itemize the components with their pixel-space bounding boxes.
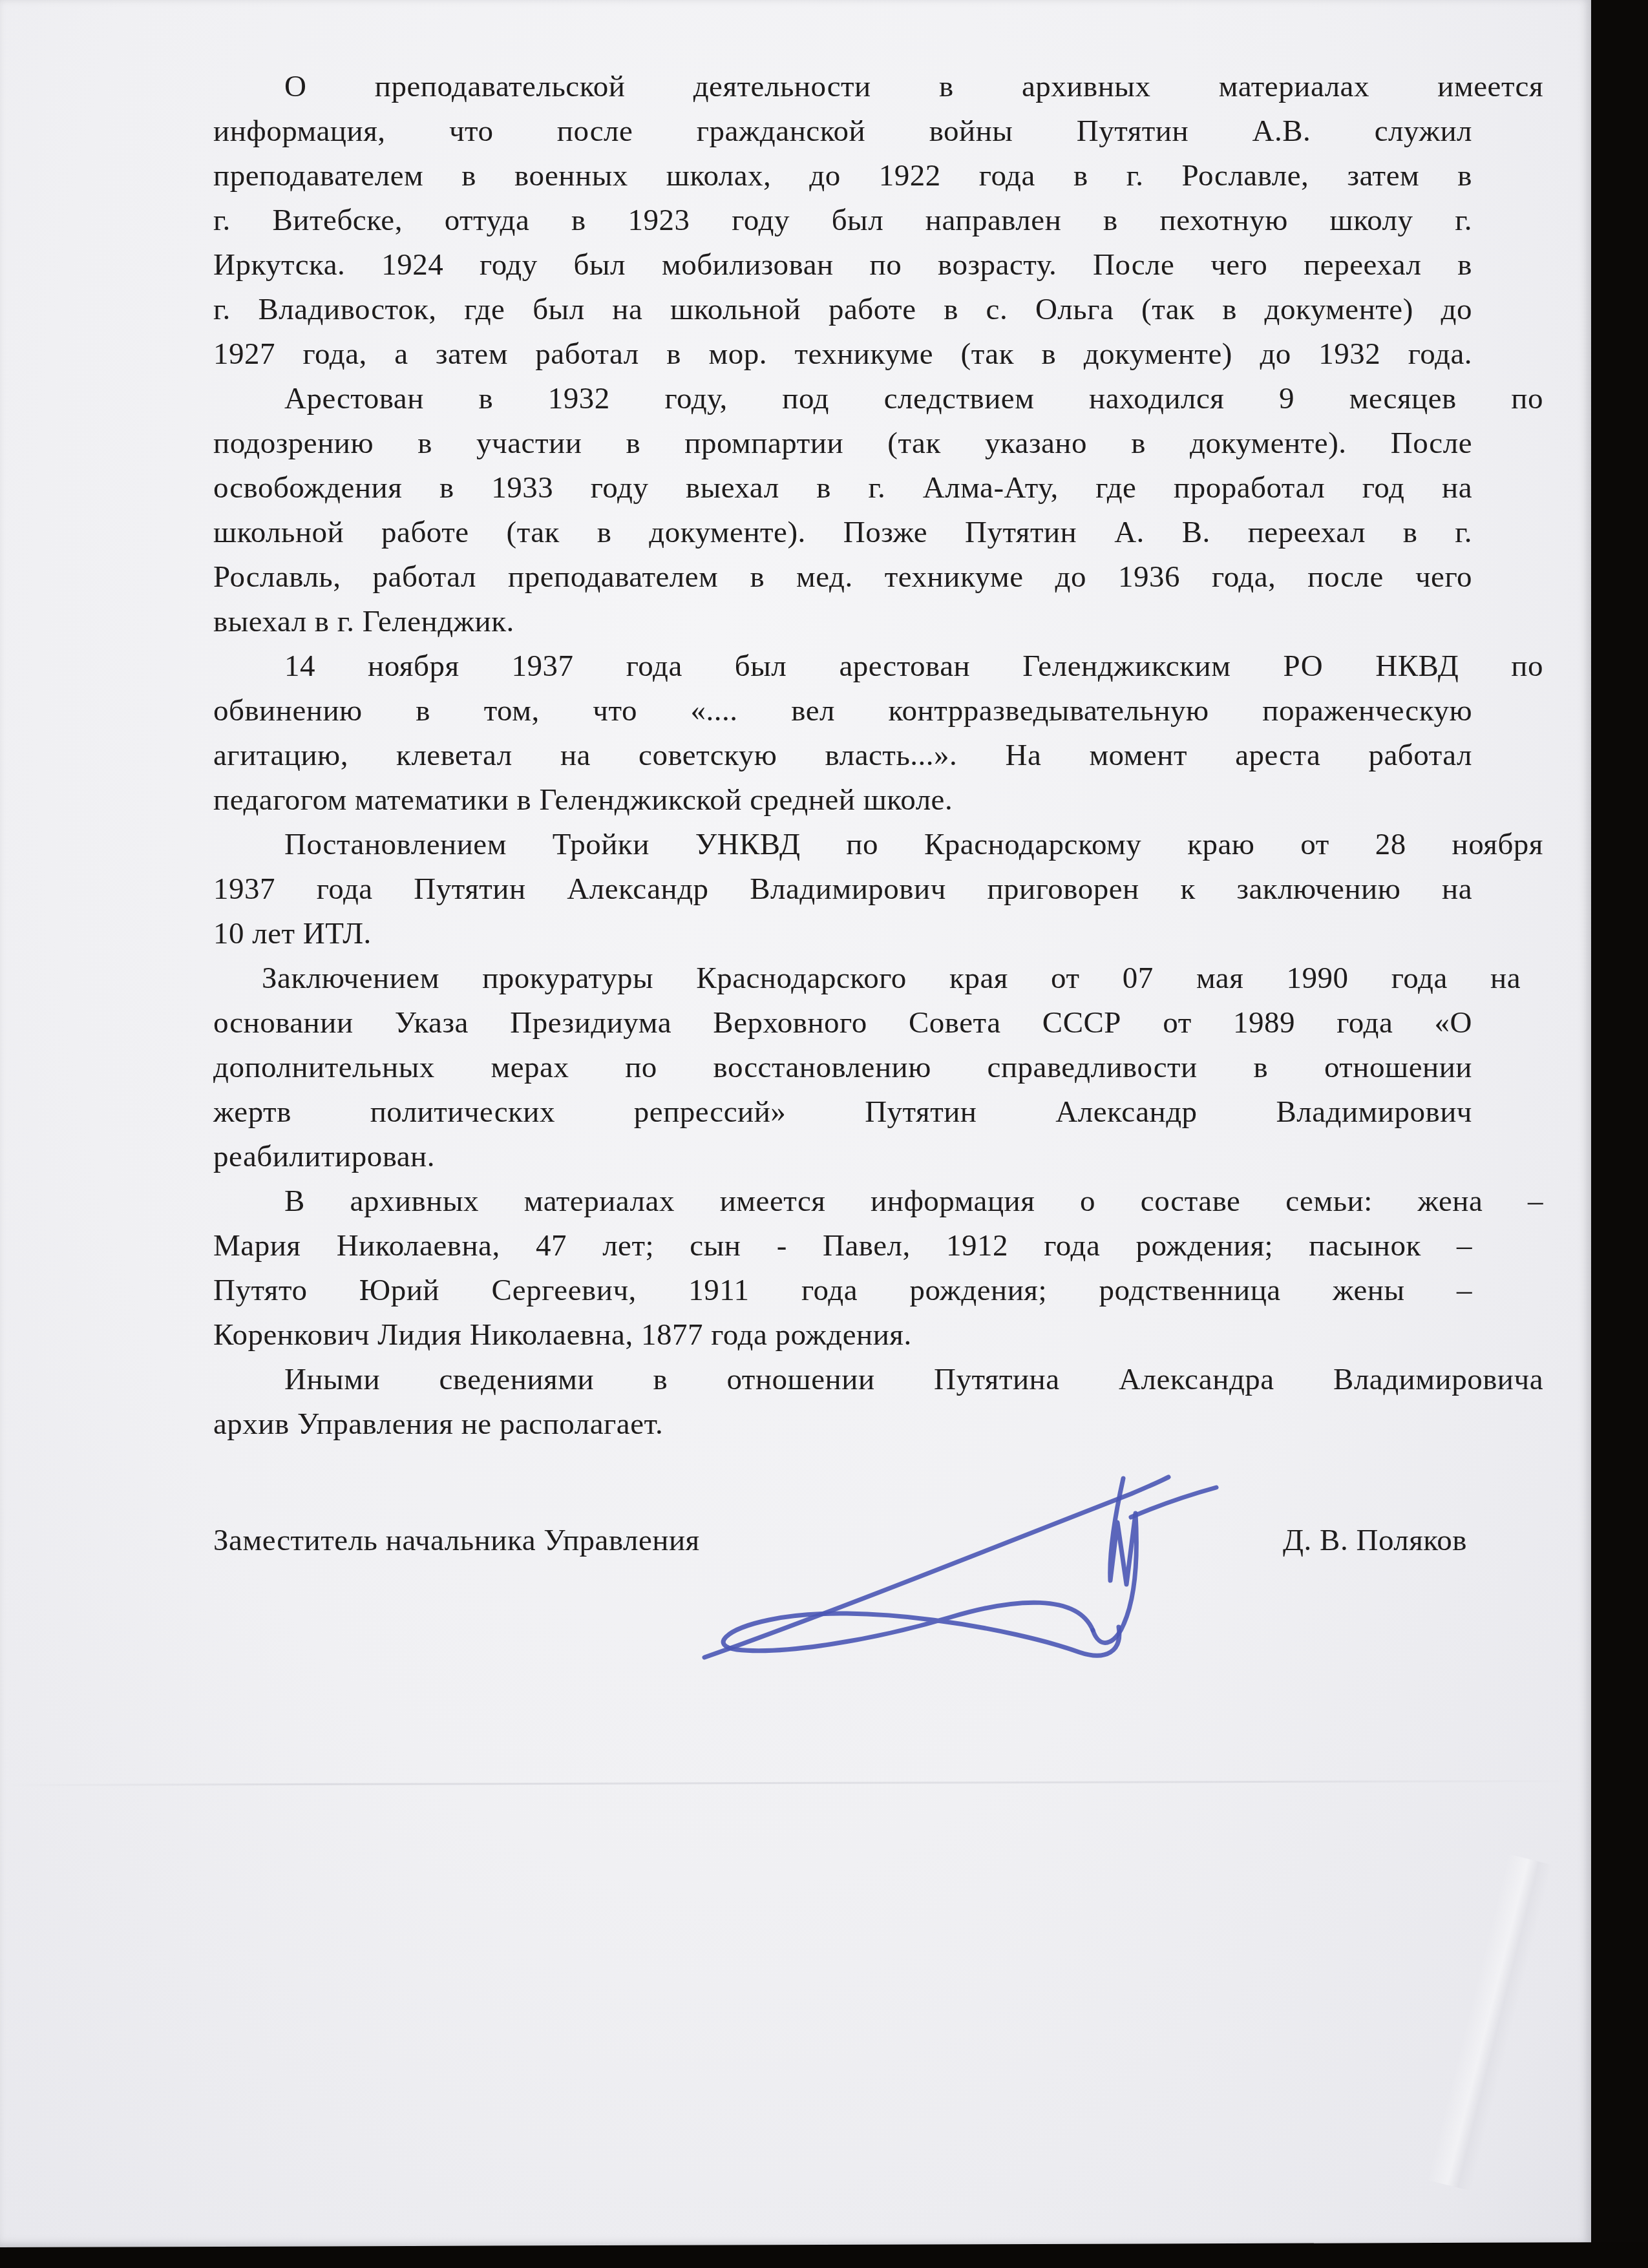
text-line: г. Владивосток, где был на школьной рабо… [213, 288, 1472, 332]
text-line: Иными сведениями в отношении Путятина Ал… [213, 1358, 1543, 1402]
text-line: школьной работе (так в документе). Позже… [213, 510, 1472, 555]
text-line: основании Указа Президиума Верховного Со… [213, 1001, 1472, 1045]
text-line: реабилитирован. [213, 1135, 1472, 1179]
text-line: В архивных материалах имеется информация… [213, 1179, 1543, 1224]
text-line: 14 ноября 1937 года был арестован Геленд… [213, 644, 1543, 689]
text-line: освобождения в 1933 году выехал в г. Алм… [213, 466, 1472, 510]
scanned-document-page: О преподавательской деятельности в архив… [0, 0, 1648, 2268]
signature-role-label: Заместитель начальника Управления [213, 1518, 700, 1563]
text-line: г. Витебске, оттуда в 1923 году был напр… [213, 198, 1472, 243]
scan-edge-right [1586, 0, 1648, 2268]
text-line: Мария Николаевна, 47 лет; сын - Павел, 1… [213, 1224, 1472, 1268]
text-line: Заключением прокуратуры Краснодарского к… [213, 956, 1521, 1001]
handwritten-signature [679, 1454, 1325, 1699]
text-line: 10 лет ИТЛ. [213, 912, 1472, 956]
text-line: Рославль, работал преподавателем в мед. … [213, 555, 1472, 600]
paragraph: Заключением прокуратуры Краснодарского к… [213, 956, 1472, 1179]
text-line: обвинению в том, что «.... вел контрразв… [213, 689, 1472, 733]
text-line: 1927 года, а затем работал в мор. техник… [213, 332, 1472, 377]
text-line: агитацию, клеветал на советскую власть..… [213, 733, 1472, 778]
text-line: педагогом математики в Геленджикской сре… [213, 778, 1472, 823]
text-line: преподавателем в военных школах, до 1922… [213, 154, 1472, 198]
text-line: Арестован в 1932 году, под следствием на… [213, 377, 1543, 421]
text-line: 1937 года Путятин Александр Владимирович… [213, 867, 1472, 912]
text-line: жертв политических репрессий» Путятин Ал… [213, 1090, 1472, 1135]
text-line: выехал в г. Геленджик. [213, 600, 1472, 644]
text-line: подозрению в участии в промпартии (так у… [213, 421, 1472, 466]
paragraph: 14 ноября 1937 года был арестован Геленд… [213, 644, 1472, 823]
text-line: Коренкович Лидия Николаевна, 1877 года р… [213, 1313, 1472, 1358]
paragraph: Иными сведениями в отношении Путятина Ал… [213, 1358, 1472, 1447]
text-line: О преподавательской деятельности в архив… [213, 65, 1543, 109]
text-line: дополнительных мерах по восстановлению с… [213, 1045, 1472, 1090]
document-body: О преподавательской деятельности в архив… [213, 65, 1472, 1447]
text-line: архив Управления не располагает. [213, 1402, 1472, 1447]
paragraph: В архивных материалах имеется информация… [213, 1179, 1472, 1358]
text-line: информация, что после гражданской войны … [213, 109, 1472, 154]
text-line: Путято Юрий Сергеевич, 1911 года рождени… [213, 1268, 1472, 1313]
paragraph: Постановлением Тройки УНКВД по Краснодар… [213, 823, 1472, 956]
paragraph: О преподавательской деятельности в архив… [213, 65, 1472, 377]
text-line: Постановлением Тройки УНКВД по Краснодар… [213, 823, 1543, 867]
text-line: Иркутска. 1924 году был мобилизован по в… [213, 243, 1472, 288]
paragraph: Арестован в 1932 году, под следствием на… [213, 377, 1472, 644]
